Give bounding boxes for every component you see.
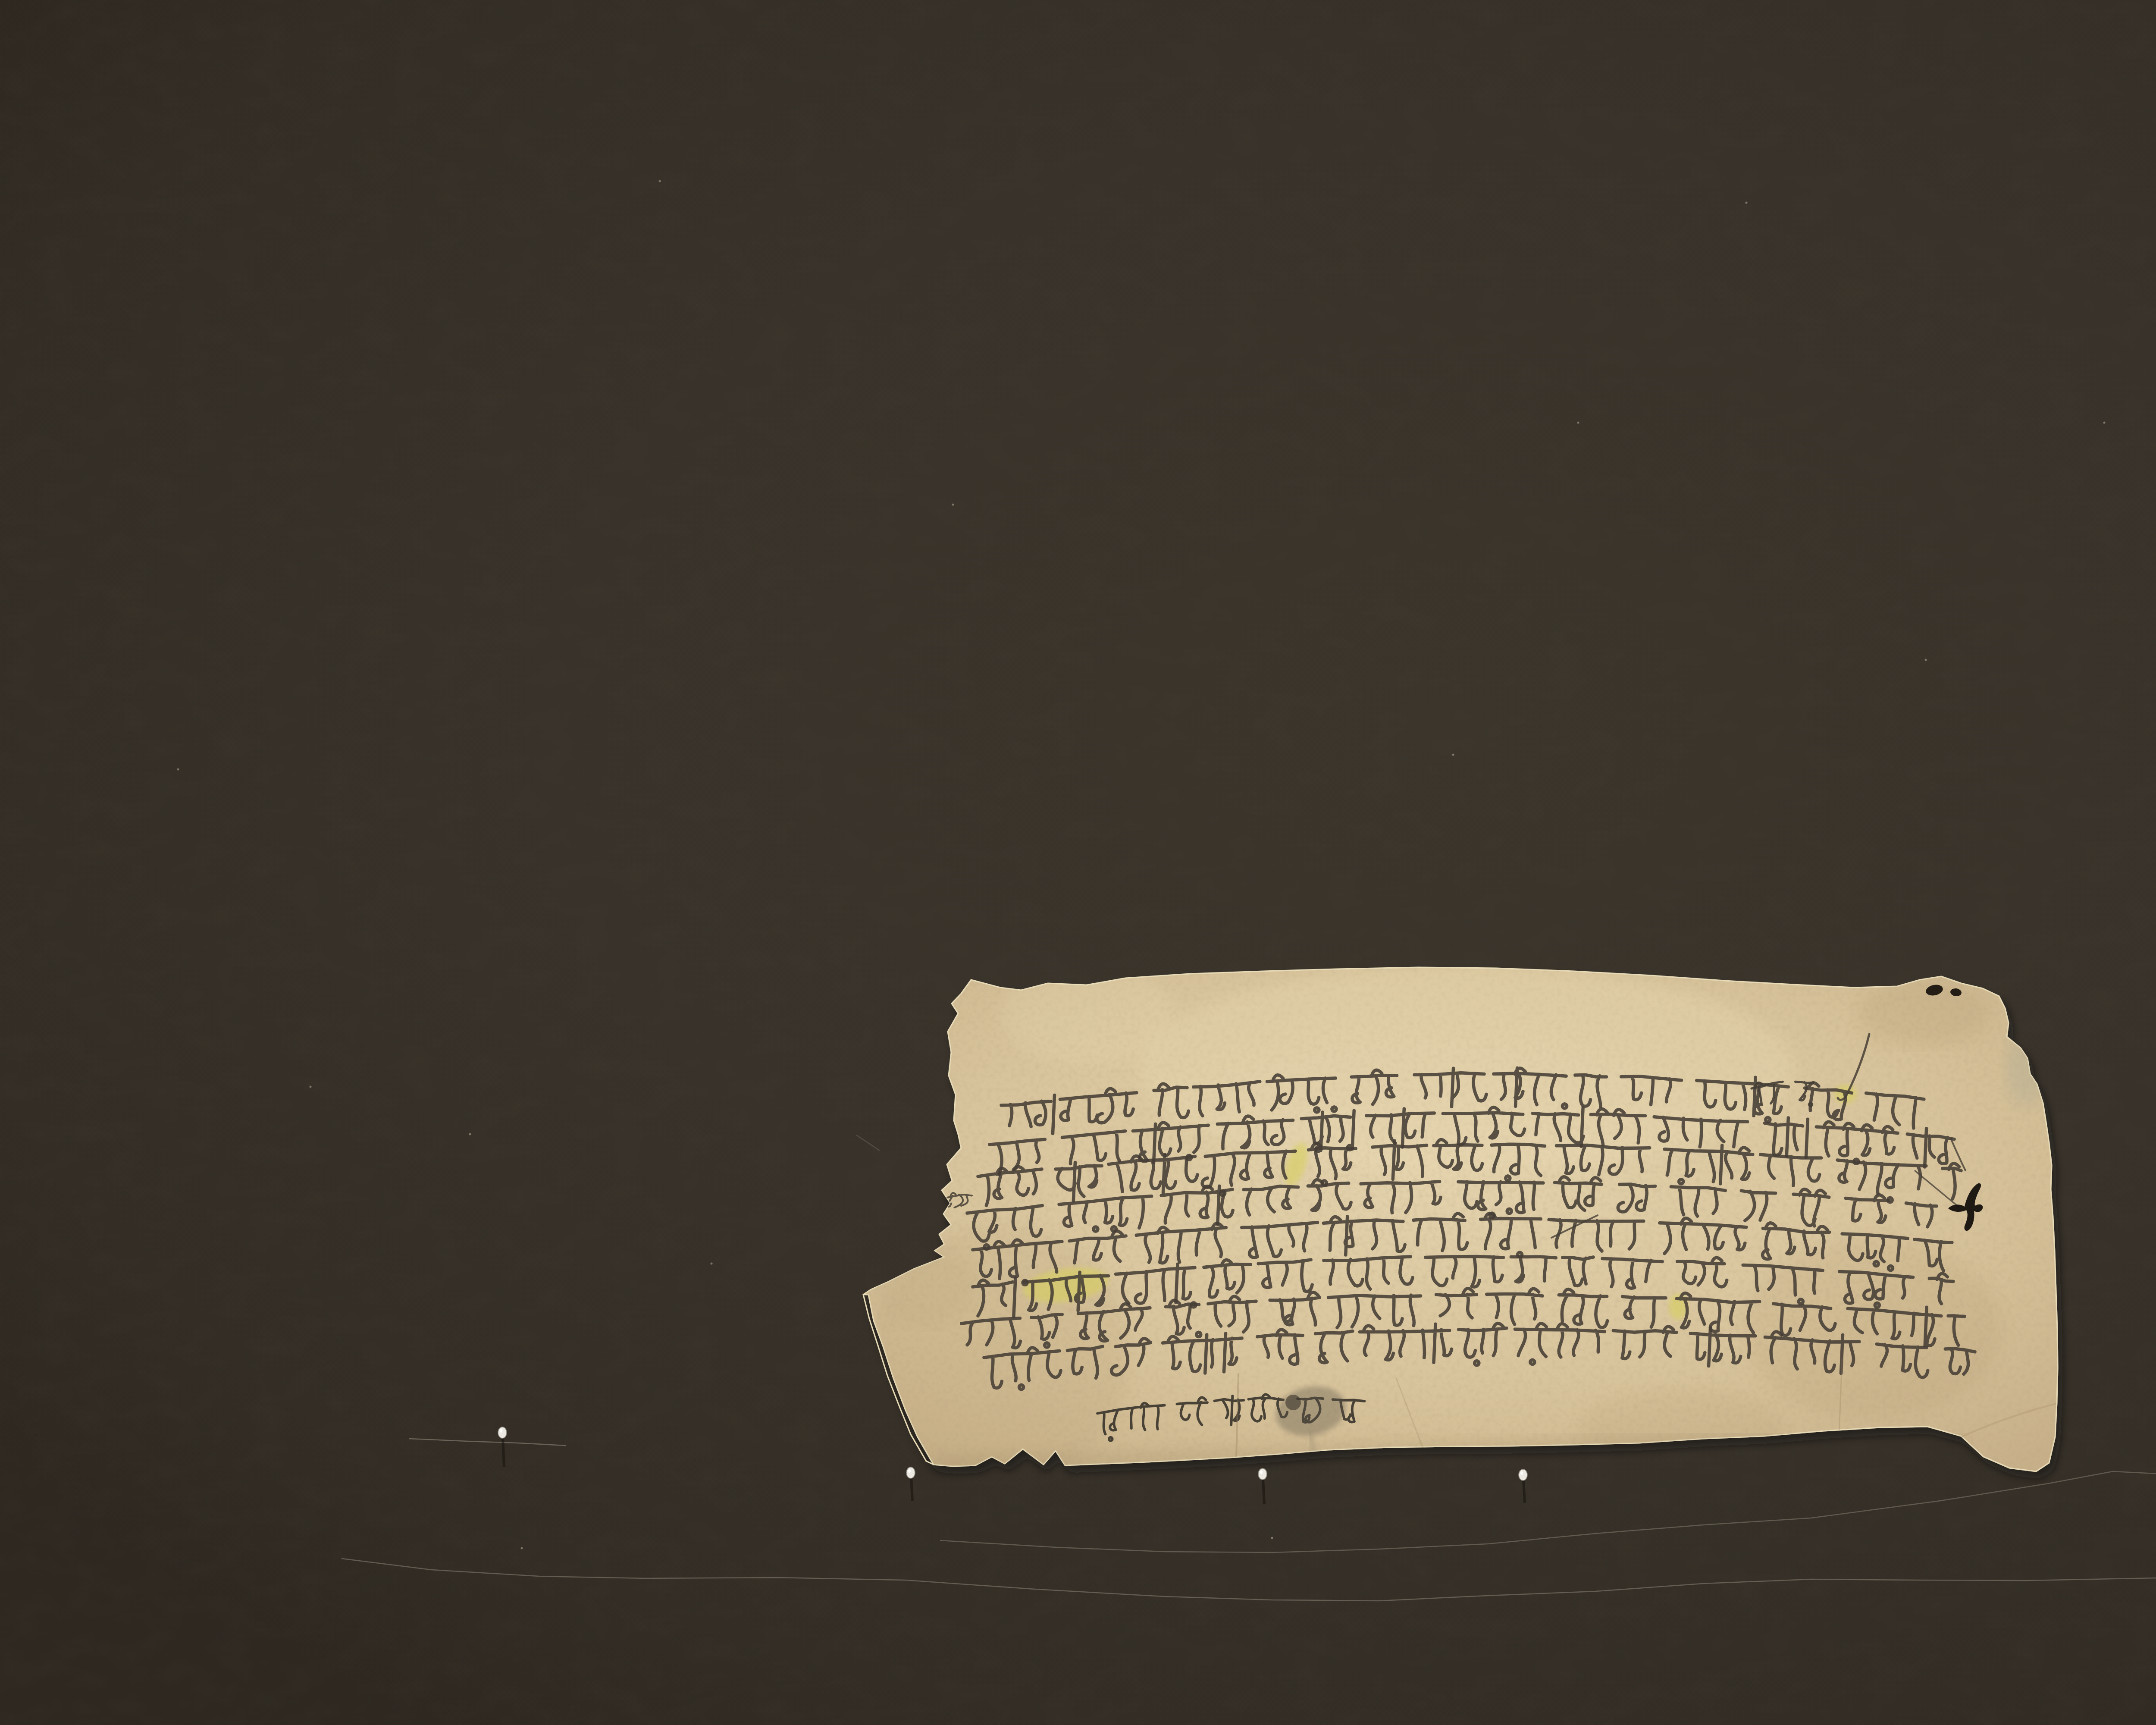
pin-head [906,1467,915,1478]
pin-head [1519,1469,1527,1480]
pin-highlight [500,1429,502,1433]
dust-speck [1577,422,1579,424]
manuscript-photo [0,0,2156,1725]
pin-shadow [911,1477,912,1501]
dust-speck [711,1263,713,1265]
pin-highlight [908,1469,911,1473]
pin-shadow [503,1437,504,1467]
ink-smudge-core [1285,1395,1301,1410]
dust-speck [177,768,179,771]
paper-stain [1858,981,1988,1046]
pin-shadow [1263,1478,1264,1504]
pin-highlight [1520,1471,1523,1475]
dust-speck [2103,422,2106,424]
dust-speck [1745,202,1748,204]
dust-speck [1452,754,1454,756]
photo-stage: বেশ্ব ৪ যদৌর্গলোক প্রাপ্তিঃ ফলং। তত্রানয… [0,0,2156,1725]
pin-highlight [1260,1471,1263,1474]
dust-speck [1925,659,1927,661]
dust-speck [952,504,954,506]
pin-shadow [1523,1479,1525,1503]
dust-speck [521,1547,523,1549]
dust-speck [659,180,661,182]
board-texture [0,0,2156,1725]
dust-speck [469,1133,471,1135]
pin-head [498,1427,507,1438]
dust-speck [310,1086,312,1088]
pin-head [1258,1468,1267,1480]
dust-speck [1271,1537,1273,1539]
